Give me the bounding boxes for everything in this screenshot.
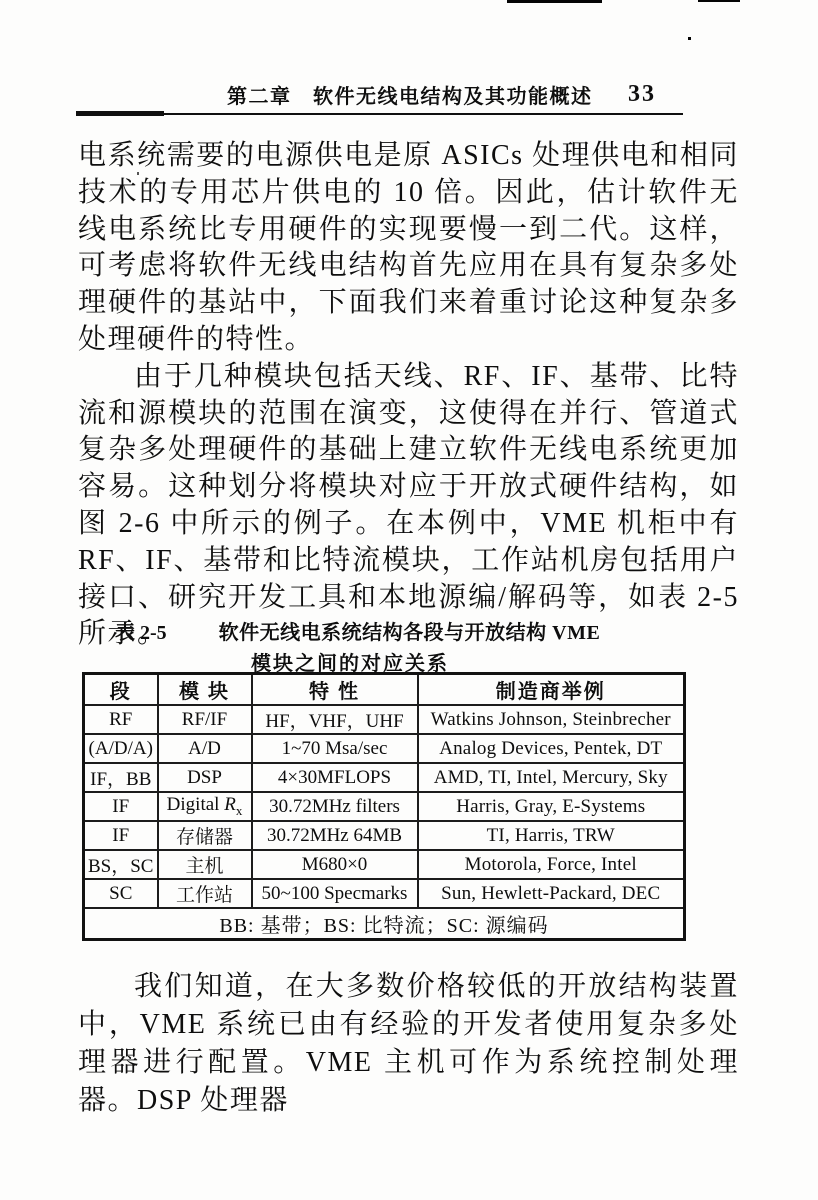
table-cell: 4×30MFLOPS (252, 763, 418, 792)
table-cell: 30.72MHz filters (252, 792, 418, 821)
table-cell: BS，SC (84, 850, 158, 879)
body-text-block: 电系统需要的电源供电是原 ASICs 处理供电和相同技术的专用芯片供电的 10 … (78, 138, 739, 653)
table-cell: Watkins Johnson, Steinbrecher (418, 705, 685, 734)
column-header-characteristic: 特 性 (252, 674, 418, 706)
table-cell: (A/D/A) (84, 734, 158, 763)
table-row: RFRF/IFHF，VHF，UHFWatkins Johnson, Steinb… (84, 705, 685, 734)
table-2-5: 段 模 块 特 性 制造商举例 RFRF/IFHF，VHF，UHFWatkins… (82, 672, 686, 941)
table-cell: TI, Harris, TRW (418, 821, 685, 850)
table-caption-label: 表 2-5 (115, 616, 167, 645)
scan-artifact-bar (507, 0, 602, 3)
table-cell: M680×0 (252, 850, 418, 879)
table-cell: HF，VHF，UHF (252, 705, 418, 734)
table-row: SC工作站50~100 SpecmarksSun, Hewlett-Packar… (84, 879, 685, 908)
paragraph: 我们知道，在大多数价格较低的开放结构装置中，VME 系统已由有经验的开发者使用复… (78, 968, 739, 1120)
table-cell: 存储器 (158, 821, 252, 850)
column-header-manufacturer: 制造商举例 (418, 674, 685, 706)
table-cell: A/D (158, 734, 252, 763)
table-cell: Analog Devices, Pentek, DT (418, 734, 685, 763)
page-number: 33 (628, 81, 656, 108)
running-head-chapter: 第二章 软件无线电结构及其功能概述 (227, 80, 593, 109)
scan-artifact-bar (698, 0, 740, 2)
table-cell: 50~100 Specmarks (252, 879, 418, 908)
table-cell: Digital Rx (158, 792, 252, 821)
table-cell: 30.72MHz 64MB (252, 821, 418, 850)
table-cell: IF，BB (84, 763, 158, 792)
table-row: BS，SC主机M680×0Motorola, Force, Intel (84, 850, 685, 879)
header-rule-smudge (76, 111, 164, 116)
table-caption: 表 2-5 软件无线电系统结构各段与开放结构 VME (115, 616, 600, 645)
table-footer: BB: 基带；BS: 比特流；SC: 源编码 (84, 908, 685, 940)
table-row: IFDigital Rx30.72MHz filtersHarris, Gray… (84, 792, 685, 821)
table-cell: Harris, Gray, E-Systems (418, 792, 685, 821)
table-cell: RF (84, 705, 158, 734)
table-cell: AMD, TI, Intel, Mercury, Sky (418, 763, 685, 792)
table-cell: 1~70 Msa/sec (252, 734, 418, 763)
header-rule (76, 113, 683, 115)
paragraph: 由于几种模块包括天线、RF、IF、基带、比特流和源模块的范围在演变，这使得在并行… (78, 359, 739, 653)
scan-artifact-dot (688, 37, 691, 40)
table-header-row: 段 模 块 特 性 制造商举例 (84, 674, 685, 706)
table-caption-title: 软件无线电系统结构各段与开放结构 VME (219, 616, 601, 645)
paragraph-continuation: 电系统需要的电源供电是原 ASICs 处理供电和相同技术的专用芯片供电的 10 … (78, 138, 739, 359)
table-cell: IF (84, 792, 158, 821)
table-cell: 主机 (158, 850, 252, 879)
table-cell: DSP (158, 763, 252, 792)
table-cell: IF (84, 821, 158, 850)
table-row: IF存储器30.72MHz 64MBTI, Harris, TRW (84, 821, 685, 850)
column-header-module: 模 块 (158, 674, 252, 706)
column-header-segment: 段 (84, 674, 158, 706)
table-row: IF，BBDSP4×30MFLOPSAMD, TI, Intel, Mercur… (84, 763, 685, 792)
table-cell: SC (84, 879, 158, 908)
table-cell: Sun, Hewlett-Packard, DEC (418, 879, 685, 908)
table-footnote: BB: 基带；BS: 比特流；SC: 源编码 (84, 908, 685, 940)
table-row: (A/D/A)A/D1~70 Msa/secAnalog Devices, Pe… (84, 734, 685, 763)
table-cell: RF/IF (158, 705, 252, 734)
table-footnote-row: BB: 基带；BS: 比特流；SC: 源编码 (84, 908, 685, 940)
table-body: RFRF/IFHF，VHF，UHFWatkins Johnson, Steinb… (84, 705, 685, 908)
scanned-book-page: 第二章 软件无线电结构及其功能概述 33 电系统需要的电源供电是原 ASICs … (0, 0, 818, 1200)
table-cell: Motorola, Force, Intel (418, 850, 685, 879)
table-header: 段 模 块 特 性 制造商举例 (84, 674, 685, 706)
table-cell: 工作站 (158, 879, 252, 908)
